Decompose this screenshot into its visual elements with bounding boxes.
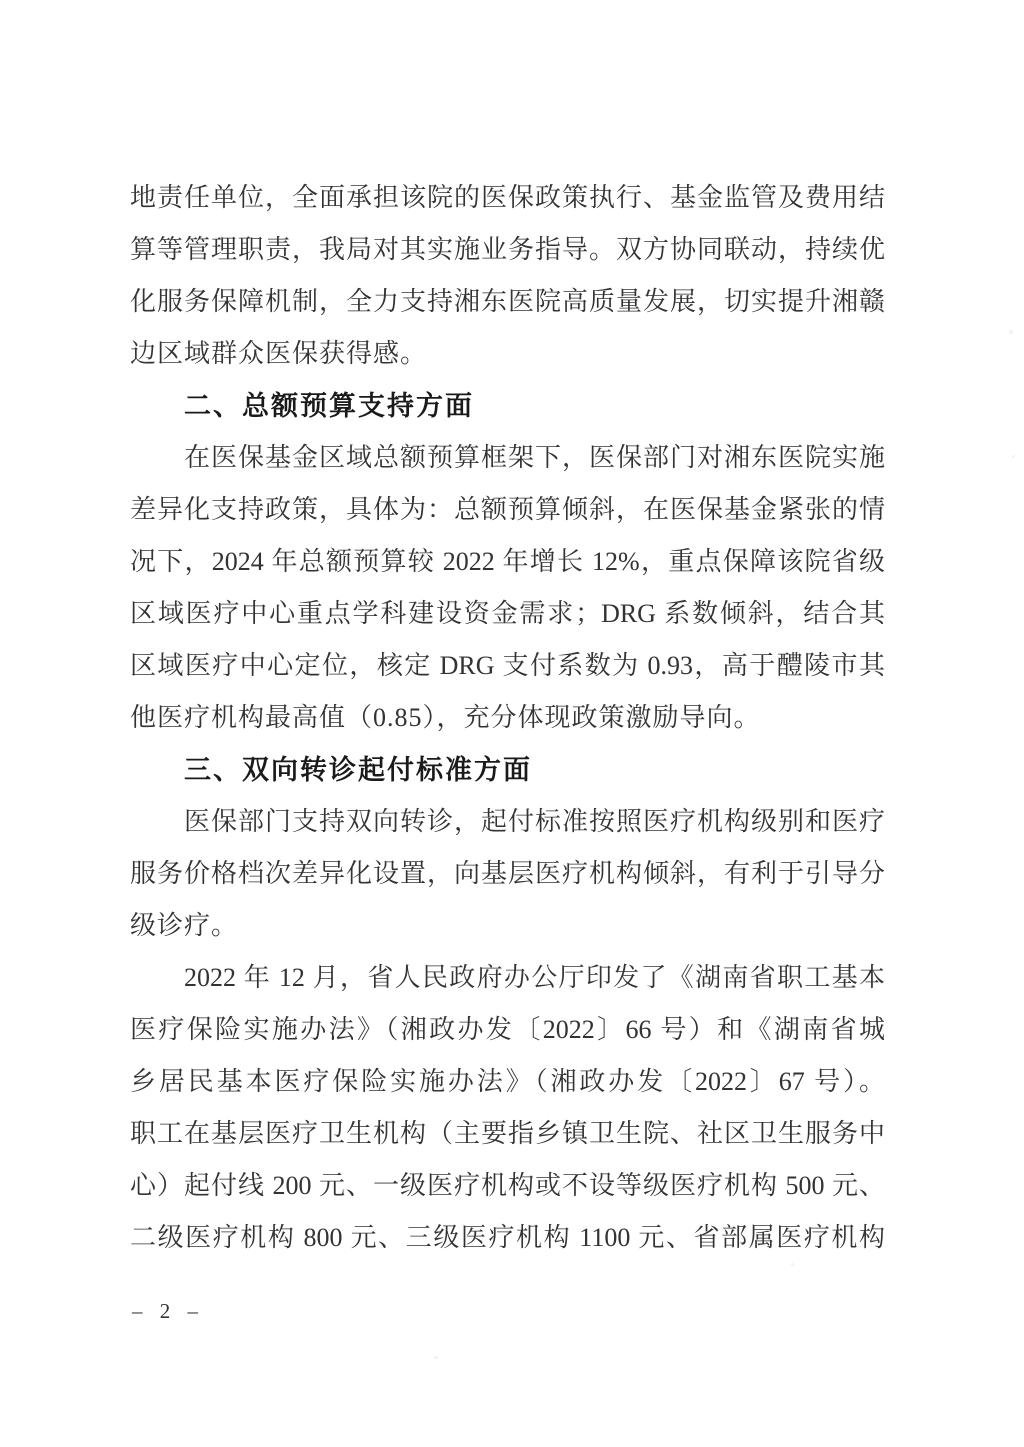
scan-artifact <box>1009 330 1013 334</box>
scan-artifact <box>1012 455 1015 458</box>
page-number: – 2 – <box>132 1296 204 1326</box>
body-text-line: 医保部门支持双向转诊，起付标准按照医疗机构级别和医疗 <box>130 796 885 848</box>
body-text-line: 地责任单位，全面承担该院的医保政策执行、基金监管及费用结 <box>130 172 885 224</box>
body-text-line: 服务价格档次差异化设置，向基层医疗机构倾斜，有利于引导分 <box>130 848 885 900</box>
body-text-line: 区域医疗中心定位，核定 DRG 支付系数为 0.93，高于醴陵市其 <box>130 640 885 692</box>
body-text-line: 区域医疗中心重点学科建设资金需求；DRG 系数倾斜，结合其 <box>130 588 885 640</box>
body-text-line: 他医疗机构最高值（0.85），充分体现政策激励导向。 <box>130 692 885 744</box>
document-body: 地责任单位，全面承担该院的医保政策执行、基金监管及费用结算等管理职责，我局对其实… <box>130 172 885 1264</box>
scan-artifact <box>791 1263 794 1266</box>
body-text-line: 乡居民基本医疗保险实施办法》（湘政办发〔2022〕67 号）。 <box>130 1056 885 1108</box>
body-text-line: 差异化支持政策，具体为：总额预算倾斜，在医保基金紧张的情 <box>130 484 885 536</box>
body-text-line: 在医保基金区域总额预算框架下，医保部门对湘东医院实施 <box>130 432 885 484</box>
section-heading: 二、总额预算支持方面 <box>130 380 885 432</box>
body-text-line: 况下，2024 年总额预算较 2022 年增长 12%，重点保障该院省级 <box>130 536 885 588</box>
body-text-line: 心）起付线 200 元、一级医疗机构或不设等级医疗机构 500 元、 <box>130 1160 885 1212</box>
body-text-line: 边区域群众医保获得感。 <box>130 328 885 380</box>
body-text-line: 二级医疗机构 800 元、三级医疗机构 1100 元、省部属医疗机构 <box>130 1212 885 1264</box>
scan-artifact <box>434 1356 438 1359</box>
body-text-line: 级诊疗。 <box>130 900 885 952</box>
section-heading: 三、双向转诊起付标准方面 <box>130 744 885 796</box>
body-text-line: 化服务保障机制，全力支持湘东医院高质量发展，切实提升湘赣 <box>130 276 885 328</box>
document-page: 地责任单位，全面承担该院的医保政策执行、基金监管及费用结算等管理职责，我局对其实… <box>0 0 1024 1447</box>
body-text-line: 算等管理职责，我局对其实施业务指导。双方协同联动，持续优 <box>130 224 885 276</box>
body-text-line: 2022 年 12 月，省人民政府办公厅印发了《湖南省职工基本 <box>130 952 885 1004</box>
body-text-line: 医疗保险实施办法》（湘政办发〔2022〕66 号）和《湖南省城 <box>130 1004 885 1056</box>
body-text-line: 职工在基层医疗卫生机构（主要指乡镇卫生院、社区卫生服务中 <box>130 1108 885 1160</box>
